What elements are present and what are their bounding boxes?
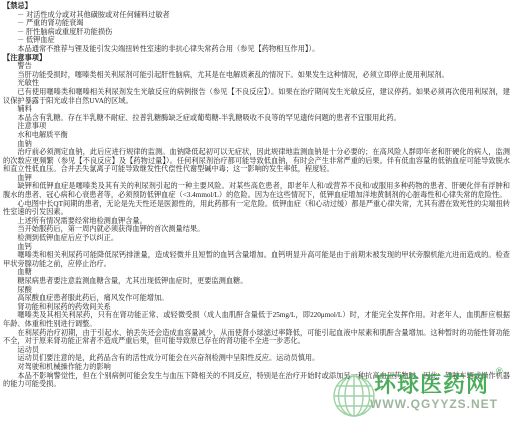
sub-heading: 水和电解质平衡 <box>3 131 510 140</box>
watermark-url: WWW.QGYYZS.NET <box>370 397 498 411</box>
sub-heading: 辅料 <box>3 105 510 114</box>
sub-heading: 血钙 <box>3 243 510 252</box>
paragraph: 本品含有乳糖。存在半乳糖不耐症、拉普乳糖酶缺乏症或葡萄糖-半乳糖吸收不良等的罕见… <box>3 114 510 123</box>
paragraph: 糖尿病患者要注意监测血糖含量，尤其出现低钾血症时，更要监测血糖。 <box>3 277 510 286</box>
paragraph: 运动员们要注意的是，此药品含有的活性成分可能会在兴奋剂检测中呈阳性反应。运动员慎… <box>3 354 510 363</box>
paragraph: 检测到低钾血症后应予以纠正。 <box>3 234 510 243</box>
sub-heading: 血糖 <box>3 268 510 277</box>
paragraph: 本品通常不推荐与锂及能引发尖端扭转性室速的非抗心律失常药合用（参见【药物相互作用… <box>3 45 510 54</box>
paragraph: 当开始服药后，第一周内就必须获得血钾的首次测量结果。 <box>3 225 510 234</box>
paragraph: 噻嗪类及其相关利尿药，只有在肾功能正常、或轻微受损（成人血肌酐含量低于25mg/… <box>3 311 510 328</box>
section-heading: 【禁忌】 <box>3 2 510 11</box>
sub-heading: 光敏性 <box>3 79 510 88</box>
paragraph: 在利尿药治疗初期，由于引起水、钠丢失还会造成血容量减少，从而使肾小球滤过率降低，… <box>3 329 510 346</box>
paragraph: 噻嗪类和相关利尿药可能降低尿钙排泄量，造成轻微并且短暂的血钙含量增加。血钙明显升… <box>3 251 510 268</box>
sub-heading: 警告 <box>3 62 510 71</box>
bullet-item: － 肝性脑病或重度肝功能损伤 <box>3 28 510 37</box>
bullet-item: － 严重的肾功能衰竭 <box>3 19 510 28</box>
bullet-item: － 低钾血症 <box>3 36 510 45</box>
paragraph: 治疗前必须测定血钠，此后应进行规律的监测。血钠降低起初可以无症状，因此规律地监测… <box>3 148 510 174</box>
paragraph: 缺钾和低钾血症是噻嗪类及其有关的利尿剂引起的一种主要风险。对某些高危患者，即老年… <box>3 182 510 199</box>
sub-heading: 注意事项 <box>3 122 510 131</box>
bullet-item: － 对活性成分或对其他磺胺或对任何辅料过敏者 <box>3 11 510 20</box>
paragraph: 心电图中长QT间期的患者，无论是先天性还是医源性的，用此药都有一定危险。低钾血症… <box>3 200 510 217</box>
paragraph: 本品不影响警觉性，但在个别病例可能会发生与血压下降相关的不同反应，特别是在治疗开… <box>3 372 510 389</box>
sub-heading: 对驾驶和机械操作能力的影响 <box>3 363 510 372</box>
paragraph: 已有使用噻嗪类和噻嗪相关利尿剂发生光敏反应的病例报告（参见【不良反应】）。如果在… <box>3 88 510 105</box>
paragraph: 高尿酸血症患者服此药后，痛风发作可能增加。 <box>3 294 510 303</box>
sub-heading: 血钠 <box>3 140 510 149</box>
section-heading: 【注意事项】 <box>3 54 510 63</box>
drug-leaflet-text: 【禁忌】－ 对活性成分或对其他磺胺或对任何辅料过敏者－ 严重的肾功能衰竭－ 肝性… <box>0 0 513 389</box>
sub-heading: 尿酸 <box>3 286 510 295</box>
paragraph: 当肝功能受损时，噻嗪类相关利尿剂可能引起肝性脑病，尤其是在电解质紊乱的情况下。如… <box>3 71 510 80</box>
